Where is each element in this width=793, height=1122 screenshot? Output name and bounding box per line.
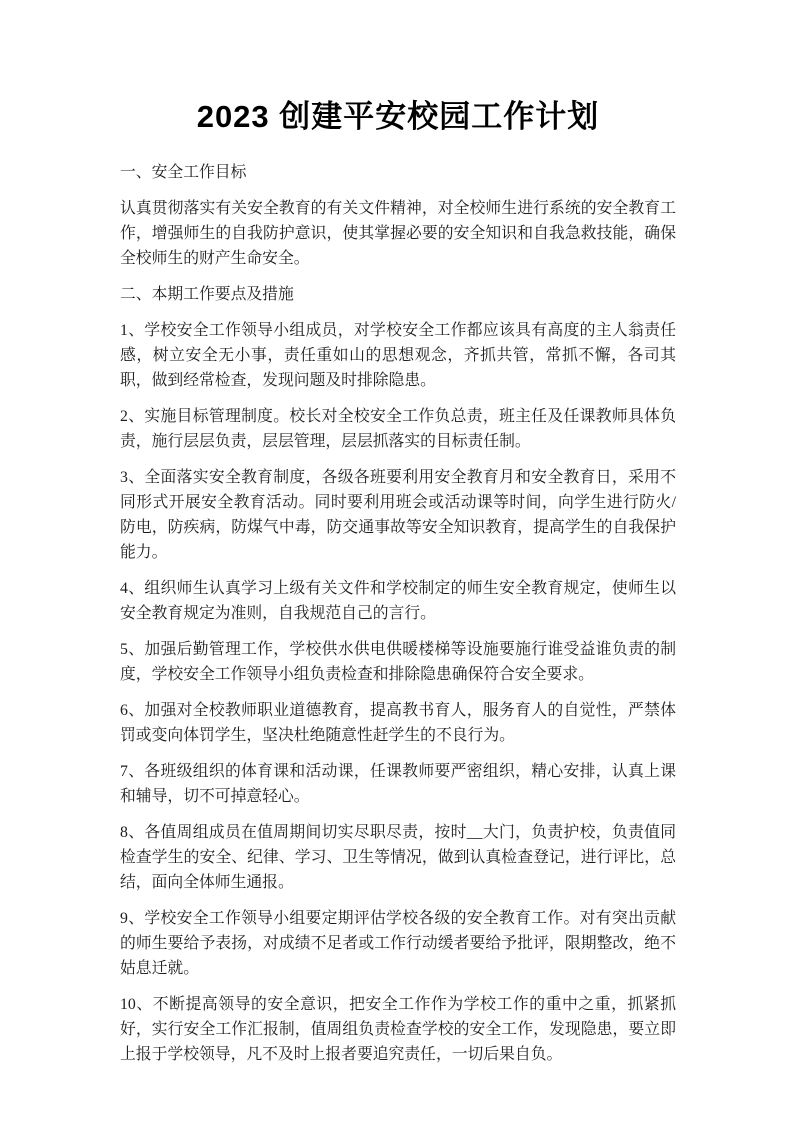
work-item-2: 2、实施目标管理制度。校长对全校安全工作负总责，班主任及任课教师具体负责，施行层… (120, 404, 676, 454)
document-page: 2023 创建平安校园工作计划 一、安全工作目标 认真贯彻落实有关安全教育的有关… (0, 0, 793, 1122)
section1-body-paragraph: 认真贯彻落实有关安全教育的有关文件精神，对全校师生进行系统的安全教育工作，增强师… (120, 196, 676, 271)
work-item-7: 7、各班级组织的体育课和活动课，任课教师要严密组织，精心安排，认真上课和辅导，切… (120, 759, 676, 809)
work-item-3: 3、全面落实安全教育制度，各级各班要利用安全教育月和安全教育日，采用不同形式开展… (120, 465, 676, 565)
document-title: 2023 创建平安校园工作计划 (120, 98, 676, 136)
work-item-5: 5、加强后勤管理工作，学校供水供电供暖楼梯等设施要施行谁受益谁负责的制度，学校安… (120, 637, 676, 687)
work-item-6: 6、加强对全校教师职业道德教育，提高教书育人，服务育人的自觉性，严禁体罚或变向体… (120, 698, 676, 748)
work-item-8: 8、各值周组成员在值周期间切实尽职尽责，按时__大门，负责护校，负责值同检查学生… (120, 820, 676, 895)
section1-heading: 一、安全工作目标 (120, 160, 676, 185)
work-item-1: 1、学校安全工作领导小组成员，对学校安全工作都应该具有高度的主人翁责任感，树立安… (120, 318, 676, 393)
work-item-9: 9、学校安全工作领导小组要定期评估学校各级的安全教育工作。对有突出贡献的师生要给… (120, 906, 676, 981)
work-item-10: 10、不断提高领导的安全意识，把安全工作作为学校工作的重中之重，抓紧抓好，实行安… (120, 992, 676, 1067)
work-item-4: 4、组织师生认真学习上级有关文件和学校制定的师生安全教育规定，使师生以安全教育规… (120, 576, 676, 626)
section2-heading: 二、本期工作要点及措施 (120, 282, 676, 307)
